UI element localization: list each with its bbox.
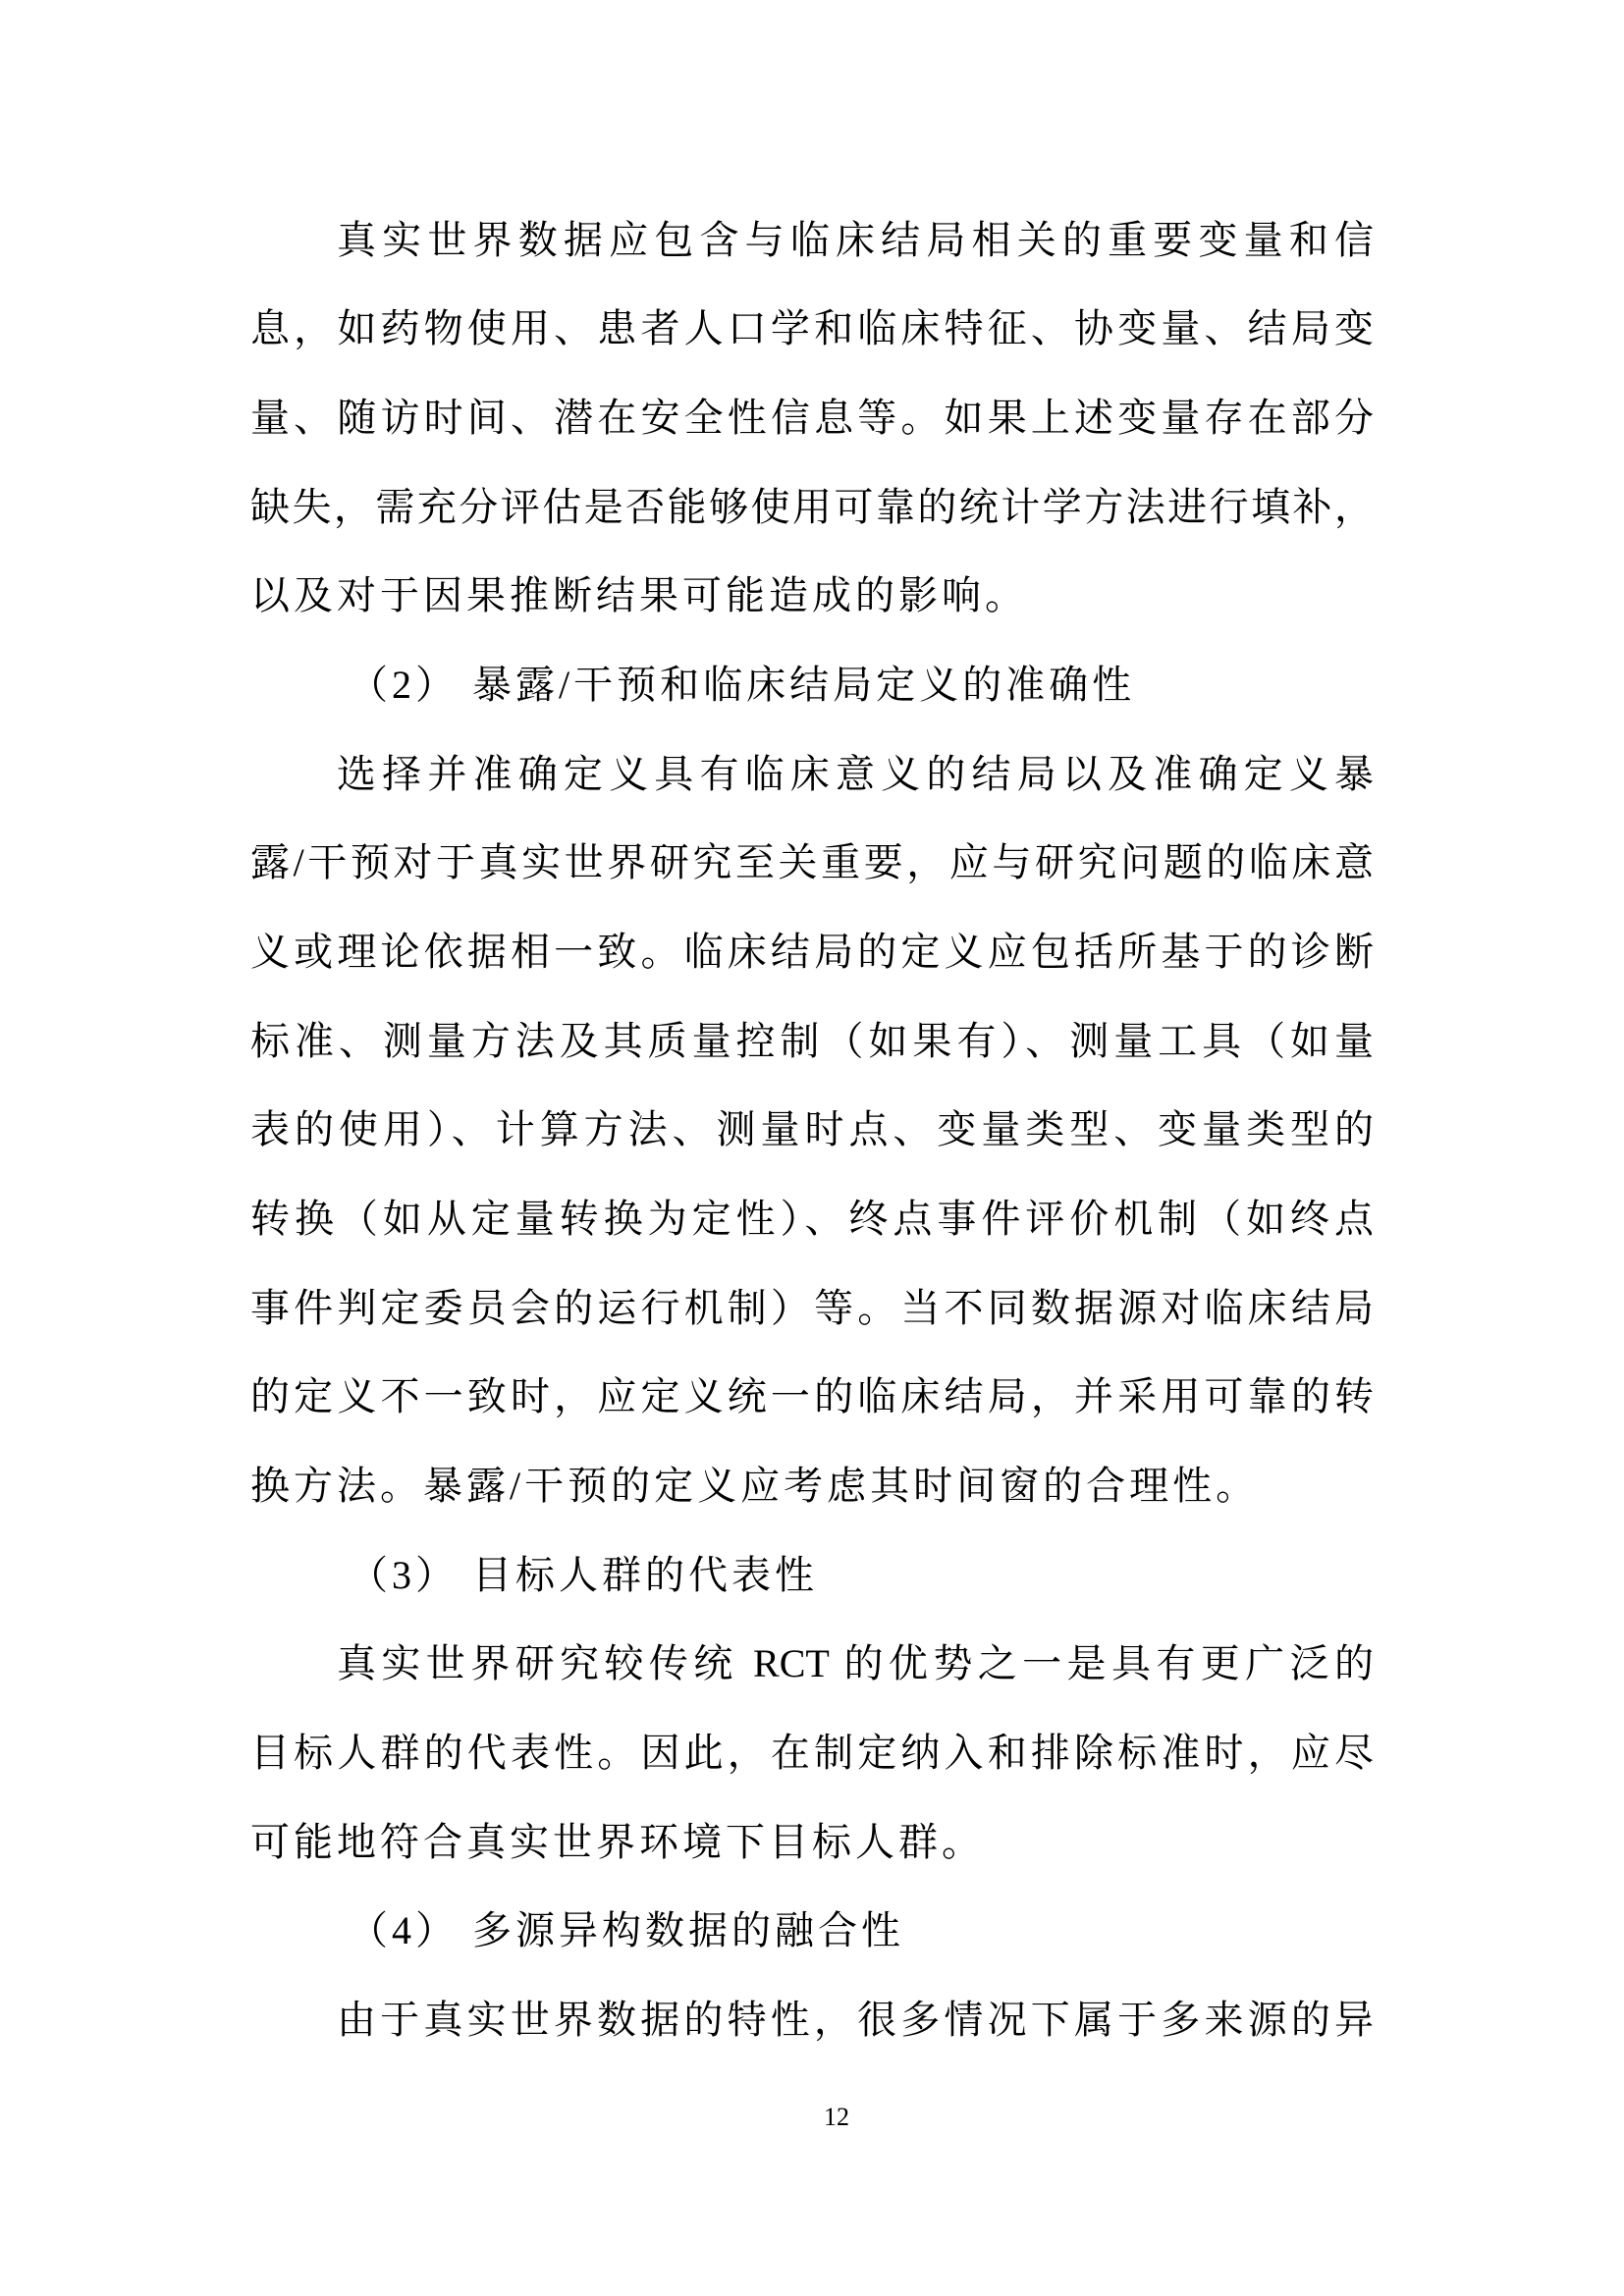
paragraph-3-line-2: 目标人群的代表性。因此，在制定纳入和排除标准时，应尽 [250, 1728, 1374, 1779]
page-number: 12 [0, 2103, 1624, 2132]
section-heading-2: （2） 暴露/干预和临床结局定义的准确性 [349, 660, 1135, 711]
paragraph-2-line-3: 义或理论依据相一致。临床结局的定义应包括所基于的诊断 [250, 927, 1374, 978]
paragraph-4-line-1: 由于真实世界数据的特性，很多情况下属于多来源的异 [337, 1995, 1374, 2046]
paragraph-1-line-2: 息，如药物使用、患者人口学和临床特征、协变量、结局变 [250, 303, 1374, 354]
paragraph-1-line-3: 量、随访时间、潜在安全性信息等。如果上述变量存在部分 [250, 393, 1374, 444]
paragraph-2-line-2: 露/干预对于真实世界研究至关重要，应与研究问题的临床意 [250, 837, 1374, 888]
paragraph-1-line-5: 以及对于因果推断结果可能造成的影响。 [250, 570, 1374, 621]
paragraph-2-line-4: 标准、测量方法及其质量控制（如果有）、测量工具（如量 [250, 1016, 1374, 1067]
paragraph-2-line-7: 事件判定委员会的运行机制）等。当不同数据源对临床结局 [250, 1283, 1374, 1334]
paragraph-2-line-6: 转换（如从定量转换为定性）、终点事件评价机制（如终点 [250, 1194, 1374, 1245]
section-heading-3: （3） 目标人群的代表性 [349, 1550, 818, 1601]
paragraph-3-line-3: 可能地符合真实世界环境下目标人群。 [250, 1817, 1374, 1868]
paragraph-3-line-1: 真实世界研究较传统 RCT 的优势之一是具有更广泛的 [337, 1638, 1374, 1689]
document-page: 真实世界数据应包含与临床结局相关的重要变量和信 息，如药物使用、患者人口学和临床… [0, 0, 1624, 2296]
paragraph-1-line-1: 真实世界数据应包含与临床结局相关的重要变量和信 [337, 215, 1374, 266]
paragraph-2-line-1: 选择并准确定义具有临床意义的结局以及准确定义暴 [337, 749, 1374, 800]
section-heading-4: （4） 多源异构数据的融合性 [349, 1905, 904, 1956]
paragraph-2-line-5: 表的使用）、计算方法、测量时点、变量类型、变量类型的 [250, 1104, 1374, 1155]
paragraph-2-line-8: 的定义不一致时，应定义统一的临床结局，并采用可靠的转 [250, 1371, 1374, 1422]
paragraph-1-line-4: 缺失，需充分评估是否能够使用可靠的统计学方法进行填补， [250, 482, 1374, 533]
paragraph-2-line-9: 换方法。暴露/干预的定义应考虑其时间窗的合理性。 [250, 1461, 1374, 1512]
